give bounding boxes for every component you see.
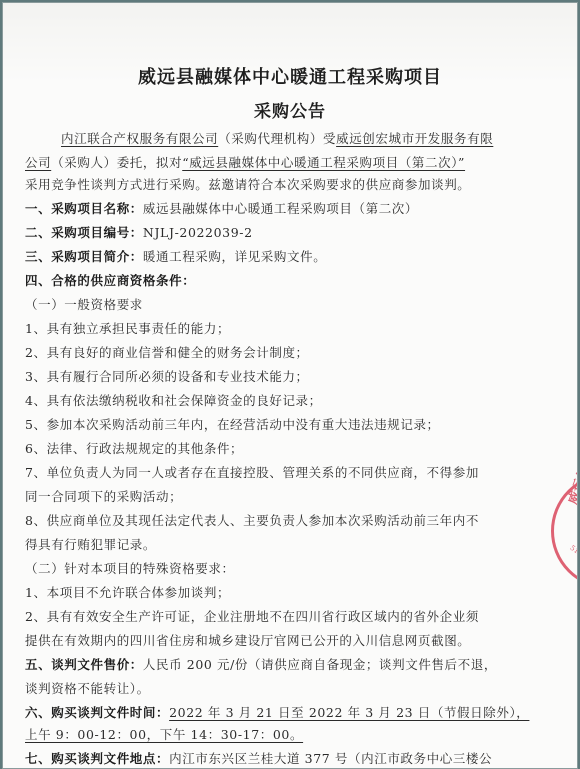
section-value: 人民币 200 元/份（请供应商自备现金；谈判文件售后不退，	[143, 657, 497, 672]
agency-role: （采购代理机构）受	[218, 131, 336, 146]
list-item: 6、法律、行政法规规定的其他条件；	[25, 439, 243, 457]
section-2: 二、采购项目编号：NJLJ-2022039-2	[25, 223, 253, 241]
list-item: 得具有行贿犯罪记录。	[25, 535, 156, 553]
section-label: 二、采购项目编号：	[25, 225, 143, 240]
seal-text: 威远创宏	[562, 451, 578, 506]
list-item: 5、参加本次采购活动前三年内，在经营活动中没有重大违法违规记录；	[25, 415, 440, 433]
list-item: 同一合同项下的采购活动；	[25, 487, 182, 505]
section-value: 暖通工程采购，详见采购文件。	[143, 249, 326, 264]
section-value: NJLJ-2022039-2	[143, 225, 253, 240]
section-label: 七、购买谈判文件地点：	[25, 751, 169, 766]
price-section-cont: 谈判资格不能转让）。	[25, 679, 150, 697]
time-section: 六、购买谈判文件时间：2022 年 3 月 21 日至 2022 年 3 月 2…	[25, 703, 529, 721]
document-page: 威远县融媒体中心暖通工程采购项目 采购公告 内江联合产权服务有限公司（采购代理机…	[2, 2, 578, 769]
agency-name: 内江联合产权服务有限公司	[61, 131, 218, 146]
list-item: 8、供应商单位及其现任法定代表人、主要负责人参加本次采购活动前三年内不	[25, 511, 479, 529]
general-requirements-heading: （一）一般资格要求	[25, 295, 143, 313]
list-item: 2、具有有效安全生产许可证，企业注册地不在四川省行政区域内的省外企业须	[25, 607, 479, 625]
list-item: 2、具有良好的商业信誉和健全的财务会计制度；	[25, 343, 309, 361]
list-item: 1、具有独立承担民事责任的能力；	[25, 319, 230, 337]
intro-line-2: 公司（采购人）委托，拟对“威远县融媒体中心暖通工程采购项目（第二次）”	[25, 153, 465, 171]
special-requirements-heading: （二）针对本项目的特殊资格要求：	[25, 559, 235, 577]
section-3: 三、采购项目简介：暖通工程采购，详见采购文件。	[25, 247, 326, 265]
intro-line-3: 采用竞争性谈判方式进行采购。兹邀请符合本次采购要求的供应商参加谈判。	[25, 175, 470, 193]
list-item: 1、本项目不允许联合体参加谈判；	[25, 583, 230, 601]
section-4: 四、合格的供应商资格条件：	[25, 271, 195, 289]
intro-line-1: 内江联合产权服务有限公司（采购代理机构）受威远创宏城市开发服务有限	[61, 129, 493, 147]
purchaser-role: （采购人）委托，拟对	[51, 155, 182, 170]
document-subtitle: 采购公告	[3, 97, 577, 122]
section-label: 五、谈判文件售价：	[25, 657, 143, 672]
purchaser-name-cont: 公司	[25, 155, 51, 170]
project-quoted: “威远县融媒体中心暖通工程采购项目（第二次）”	[182, 155, 465, 170]
section-1: 一、采购项目名称：威远县融媒体中心暖通工程采购项目（第二次）	[25, 199, 418, 217]
place-section: 七、购买谈判文件地点：内江市东兴区兰桂大道 377 号（内江市政务中心三楼公	[25, 749, 492, 767]
seal-code: 5110245	[569, 544, 578, 568]
section-value: 2022 年 3 月 21 日至 2022 年 3 月 23 日（节假日除外），	[169, 705, 529, 720]
section-label: 六、购买谈判文件时间：	[25, 705, 169, 720]
section-value: 上午 9：00-12：00，下午 14：30-17：00。	[25, 727, 303, 742]
list-item: 3、具有履行合同所必须的设备和专业技术能力；	[25, 367, 309, 385]
section-value: 内江市东兴区兰桂大道 377 号（内江市政务中心三楼公	[169, 751, 492, 766]
list-item: 4、具有依法缴纳税收和社会保障资金的良好记录；	[25, 391, 322, 409]
time-section-cont: 上午 9：00-12：00，下午 14：30-17：00。	[25, 725, 303, 743]
list-item: 7、单位负责人为同一人或者存在直接控股、管理关系的不同供应商，不得参加	[25, 463, 479, 481]
purchaser-name: 威远创宏城市开发服务有限	[336, 131, 493, 146]
section-label: 一、采购项目名称：	[25, 201, 143, 216]
section-label: 三、采购项目简介：	[25, 249, 143, 264]
list-item: 提供在有效期内的四川省住房和城乡建设厅官网已公开的入川信息网页截图。	[25, 631, 470, 649]
document-title: 威远县融媒体中心暖通工程采购项目	[3, 63, 577, 89]
price-section: 五、谈判文件售价：人民币 200 元/份（请供应商自备现金；谈判文件售后不退，	[25, 655, 497, 673]
section-label: 四、合格的供应商资格条件：	[25, 273, 195, 288]
section-value: 威远县融媒体中心暖通工程采购项目（第二次）	[143, 201, 418, 216]
official-seal: 威远创宏 5110245	[551, 473, 578, 589]
